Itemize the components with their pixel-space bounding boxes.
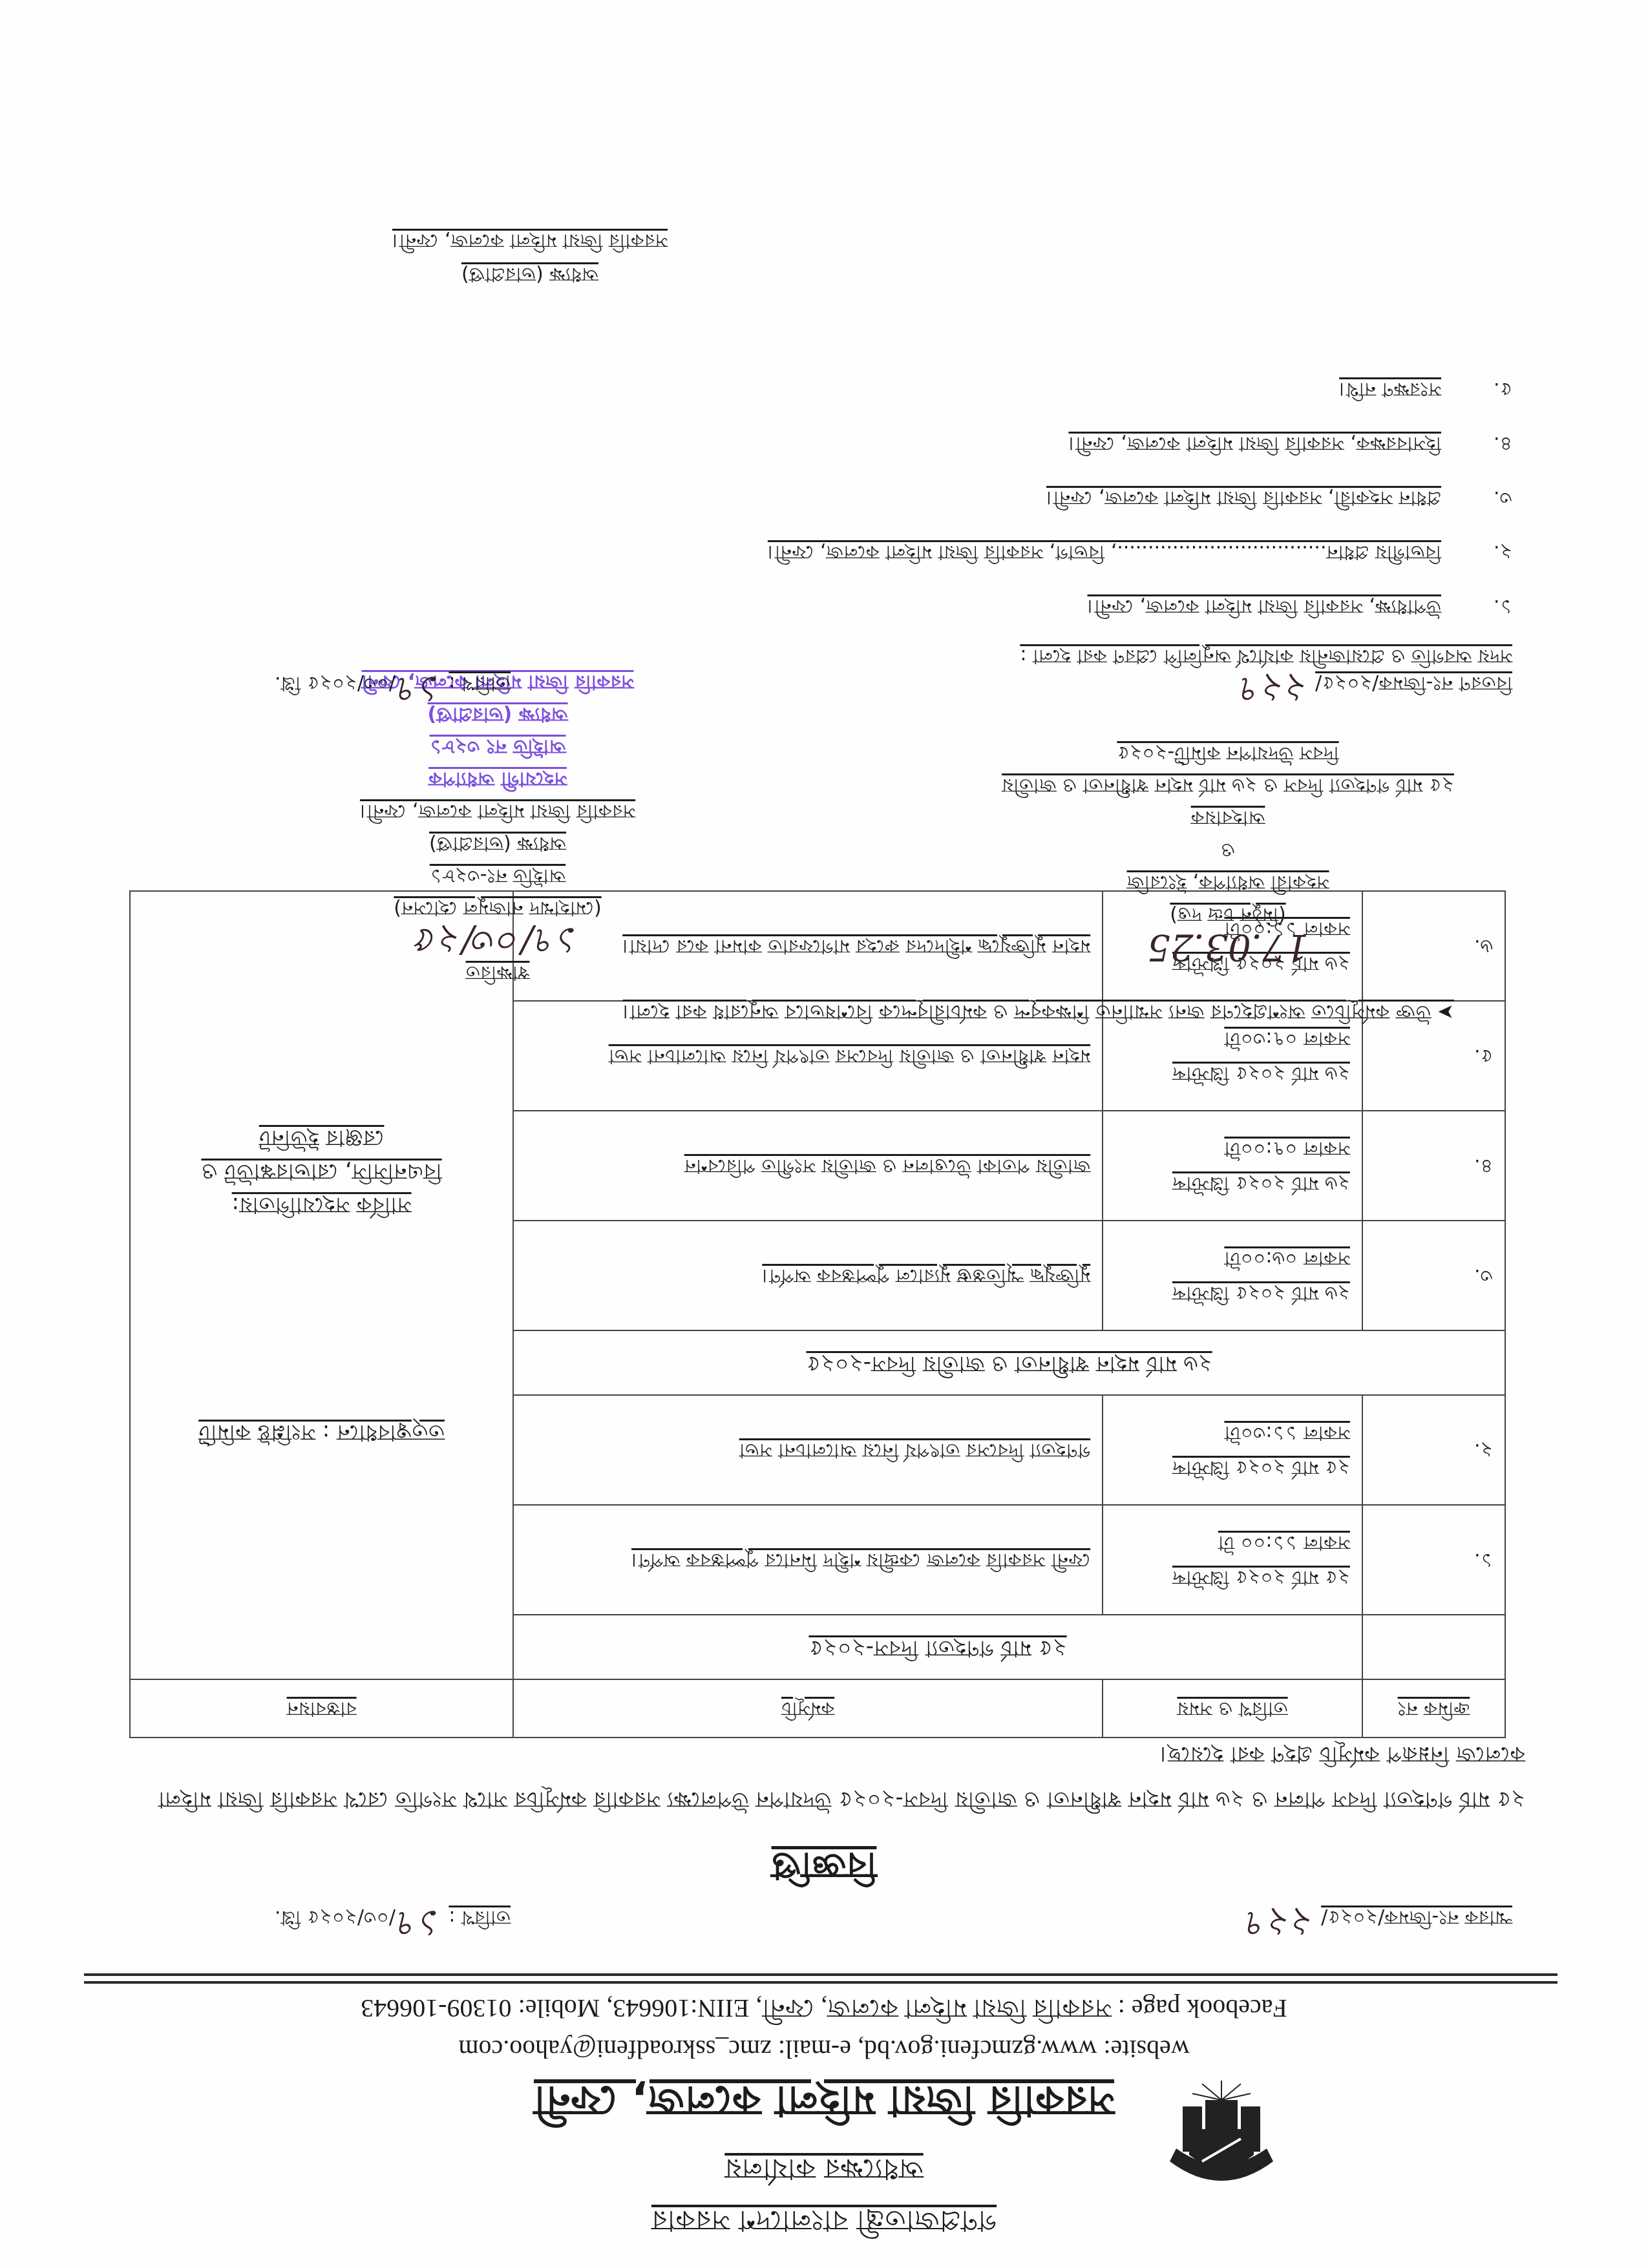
item-text: বিভাগীয় প্রধান.........................… [768,541,1441,563]
section-title: ২৬ মার্চ মহান স্বাধীনতা ও জাতীয় দিবস-২০… [513,1330,1505,1395]
memo-number-label: স্মারক নং-জিমক/২০২৫/ [1321,1906,1512,1929]
memo-date-label: তারিখ : [449,1906,511,1929]
notice-title: বিজ্ঞপ্তি [0,1832,1648,1893]
header-divider [84,1973,1558,1976]
final-signature-block: অধ্যক্ষ (ভারপ্রাপ্ত) সরকারি জিয়া মহিলা … [271,224,788,291]
item-number: ৫. [1441,362,1512,416]
section-title: ২৫ মার্চ গণহত্যা দিবস-২০২৫ [513,1615,1362,1679]
item-number: ৩. [1441,470,1512,525]
list-item: ১.উপাধ্যক্ষ, সরকারি জিয়া মহিলা কলেজ, ফে… [768,579,1512,633]
convener-role: আহবায়ক [937,801,1519,834]
row-time: সকাল ০৬:০০টা [1115,1241,1350,1276]
row-date: ২৬ মার্চ ২০২৫ খ্রিস্টাব্দ [1115,1056,1350,1091]
convener-designation: সহকারী অধ্যাপক, ইংরেজি [937,866,1519,898]
website-email-line: website: www.gzmcfeni.gov.bd, e-mail: zm… [0,2034,1648,2064]
header-divider [84,1981,1558,1984]
section-row: ২৫ মার্চ গণহত্যা দিবস-২০২৫ তত্ত্বাবধানে … [130,1615,1505,1679]
row-serial: ৪. [1362,1111,1505,1221]
row-programme: জাতীয় পতাকা উত্তোলন ও জাতীয় সংগীত পরিব… [513,1111,1103,1221]
distribution-date-label: তারিখ : [449,672,511,695]
row-serial: ৩. [1362,1221,1505,1330]
stamp-line: সহযোগী অধ্যাপক [174,762,821,795]
participation-note: ➤ উক্ত কর্মসূচিতে অংশগ্রহণের জন্য সম্মান… [623,994,1454,1027]
row-date: ২৫ মার্চ ২০২৫ খ্রিস্টাব্দ [1115,1450,1350,1485]
distribution-date-rest: /০৩/২০২৫ খ্রি. [275,672,396,695]
row-time: সকাল ১১:৩০টা [1115,1415,1350,1450]
item-number: ১. [1441,579,1512,633]
row-time: সকাল ১১:০০ টা [1115,1525,1350,1560]
cooperation-line: রেঞ্জার ইউনিট [142,1121,501,1155]
col-serial: ক্রমিক নং [1362,1679,1505,1738]
item-number: ৪. [1441,416,1512,470]
list-item: ৪.হিসাবরক্ষক, সরকারি জিয়া মহিলা কলেজ, ফ… [768,416,1512,470]
memo-number: স্মারক নং-জিমক/২০২৫/ ২২৭ [1244,1891,1512,1951]
distribution-number-label: বিতরণ নং-জিমক/২০২৫/ [1315,672,1512,695]
row-programme: ফেনী সরকারি কলেজ কেন্দ্রীয় শহীদ মিনারে … [513,1505,1103,1615]
stamp-line: আইডি নং ৩২৮১ [174,730,821,762]
principal-id: আইডি নং-৩২৮১ [174,859,821,892]
col-date-time: তারিখ ও সময় [1103,1679,1362,1738]
convener-name: (মিঠুন চন্দ্র দত্ত) [937,898,1519,930]
final-institution: সরকারি জিয়া মহিলা কলেজ, ফেনী। [271,224,788,257]
college-name: সরকারি জিয়া মহিলা কলেজ, ফেনী [0,2063,1648,2132]
distribution-intro: সদয় অবগতি ও প্রয়োজনীয় কার্যার্থে অনুল… [1020,639,1512,672]
item-text: হিসাবরক্ষক, সরকারি জিয়া মহিলা কলেজ, ফেন… [1068,432,1441,455]
row-serial: ২. [1362,1395,1505,1505]
notice-intro: ২৫ মার্চ গণহত্যা দিবস পালন ও ২৬ মার্চ মহ… [129,1732,1525,1822]
government-heading: গণপ্রজাতন্ত্রী বাংলাদেশ সরকার [0,2195,1648,2242]
facebook-eiin-line: Facebook page : সরকারি জিয়া মহিলা কলেজ,… [0,1986,1648,2029]
table-header-row: ক্রমিক নং তারিখ ও সময় কর্মসূচি বাস্তবায… [130,1679,1505,1738]
row-date-time: ২৬ মার্চ ২০২৫ খ্রিস্টাব্দসকাল ০৭:০০টা [1103,1111,1362,1221]
memo-date-handwritten: ১৭ [396,1902,443,1944]
distribution-list: ১.উপাধ্যক্ষ, সরকারি জিয়া মহিলা কলেজ, ফে… [768,362,1512,633]
memo-date-rest: /০৩/২০২৫ খ্রি. [275,1906,396,1929]
cooperation-line: বিএনসিসি, রোভারস্কাউট ও [142,1155,501,1188]
item-text: প্রধান সহকারী, সরকারি জিয়া মহিলা কলেজ, … [1046,487,1441,509]
row-programme: মুক্তিযুদ্ধ স্মৃতিস্তম্ভ ম্যুরালে পুষ্পস… [513,1221,1103,1330]
final-designation: অধ্যক্ষ (ভারপ্রাপ্ত) [271,257,788,291]
distribution-date-handwritten: ১৭ [396,668,443,710]
row-date-time: ২৫ মার্চ ২০২৫ খ্রিস্টাব্দসকাল ১১:০০ টা [1103,1505,1362,1615]
row-date-time: ২৫ মার্চ ২০২৫ খ্রিস্টাব্দসকাল ১১:৩০টা [1103,1395,1362,1505]
memo-date: তারিখ : ১৭/০৩/২০২৫ খ্রি. [275,1891,511,1951]
memo-number-handwritten: ২২৭ [1244,1902,1315,1944]
principal-designation: অধ্যক্ষ (ভারপ্রাপ্ত) [174,827,821,859]
conjunction: ও [937,834,1519,866]
item-number: ২. [1441,525,1512,579]
row-date: ২৬ মার্চ ২০২৫ খ্রিস্টাব্দ [1115,1276,1350,1310]
item-text: উপাধ্যক্ষ, সরকারি জিয়া মহিলা কলেজ, ফেনী… [1088,595,1442,618]
item-text: সংরক্ষণ নথি। [1339,378,1441,401]
convener-signature: 17.03.25 [937,930,1519,963]
row-date: ২৬ মার্চ ২০২৫ খ্রিস্টাব্দ [1115,1166,1350,1201]
row-serial: ১. [1362,1505,1505,1615]
row-time: সকাল ০৭:০০টা [1115,1131,1350,1166]
principal-name: (মোহাম্মদ নাজমুল হোসেন) [174,892,821,924]
cooperation-label: সার্বিক সহযোগিতায়: [142,1188,501,1222]
office-heading: অধ্যক্ষের কার্যালয় [0,2143,1648,2190]
committee-name: ২৫ মার্চ গণহত্যা দিবস ও ২৬ মার্চ মহান স্… [937,769,1519,801]
distribution-date: তারিখ : ১৭/০৩/২০২৫ খ্রি. [275,656,511,717]
implementation-cell: তত্ত্বাবধানে : সংশ্লিষ্ট কমিটি সার্বিক স… [130,891,513,1679]
convener-signature-block: 17.03.25 (মিঠুন চন্দ্র দত্ত) সহকারী অধ্য… [937,737,1519,963]
principal-institution: সরকারি জিয়া মহিলা কলেজ, ফেনী। [174,795,821,827]
col-programme: কর্মসূচি [513,1679,1103,1738]
principal-signature: ১৭/০৩/২৫ [174,924,821,956]
notice-document-page: গণপ্রজাতন্ত্রী বাংলাদেশ সরকার অধ্যক্ষের … [0,0,1648,2268]
col-implementation: বাস্তবায়ন [130,1679,513,1738]
row-date: ২৫ মার্চ ২০২৫ খ্রিস্টাব্দ [1115,1560,1350,1595]
list-item: ২.বিভাগীয় প্রধান.......................… [768,525,1512,579]
row-programme: গণহত্যা দিবসের তাৎপর্য নিয়ে আলোচনা সভা [513,1395,1103,1505]
distribution-number-handwritten: ২২৭ [1238,668,1309,710]
row-date-time: ২৬ মার্চ ২০২৫ খ্রিস্টাব্দসকাল ০৬:০০টা [1103,1221,1362,1330]
list-item: ৫.সংরক্ষণ নথি। [768,362,1512,416]
supervision-text: তত্ত্বাবধানে : সংশ্লিষ্ট কমিটি [142,1416,501,1449]
list-item: ৩.প্রধান সহকারী, সরকারি জিয়া মহিলা কলেজ… [768,470,1512,525]
committee-name: দিবস উদযাপন কমিটি-২০২৫ [937,737,1519,769]
